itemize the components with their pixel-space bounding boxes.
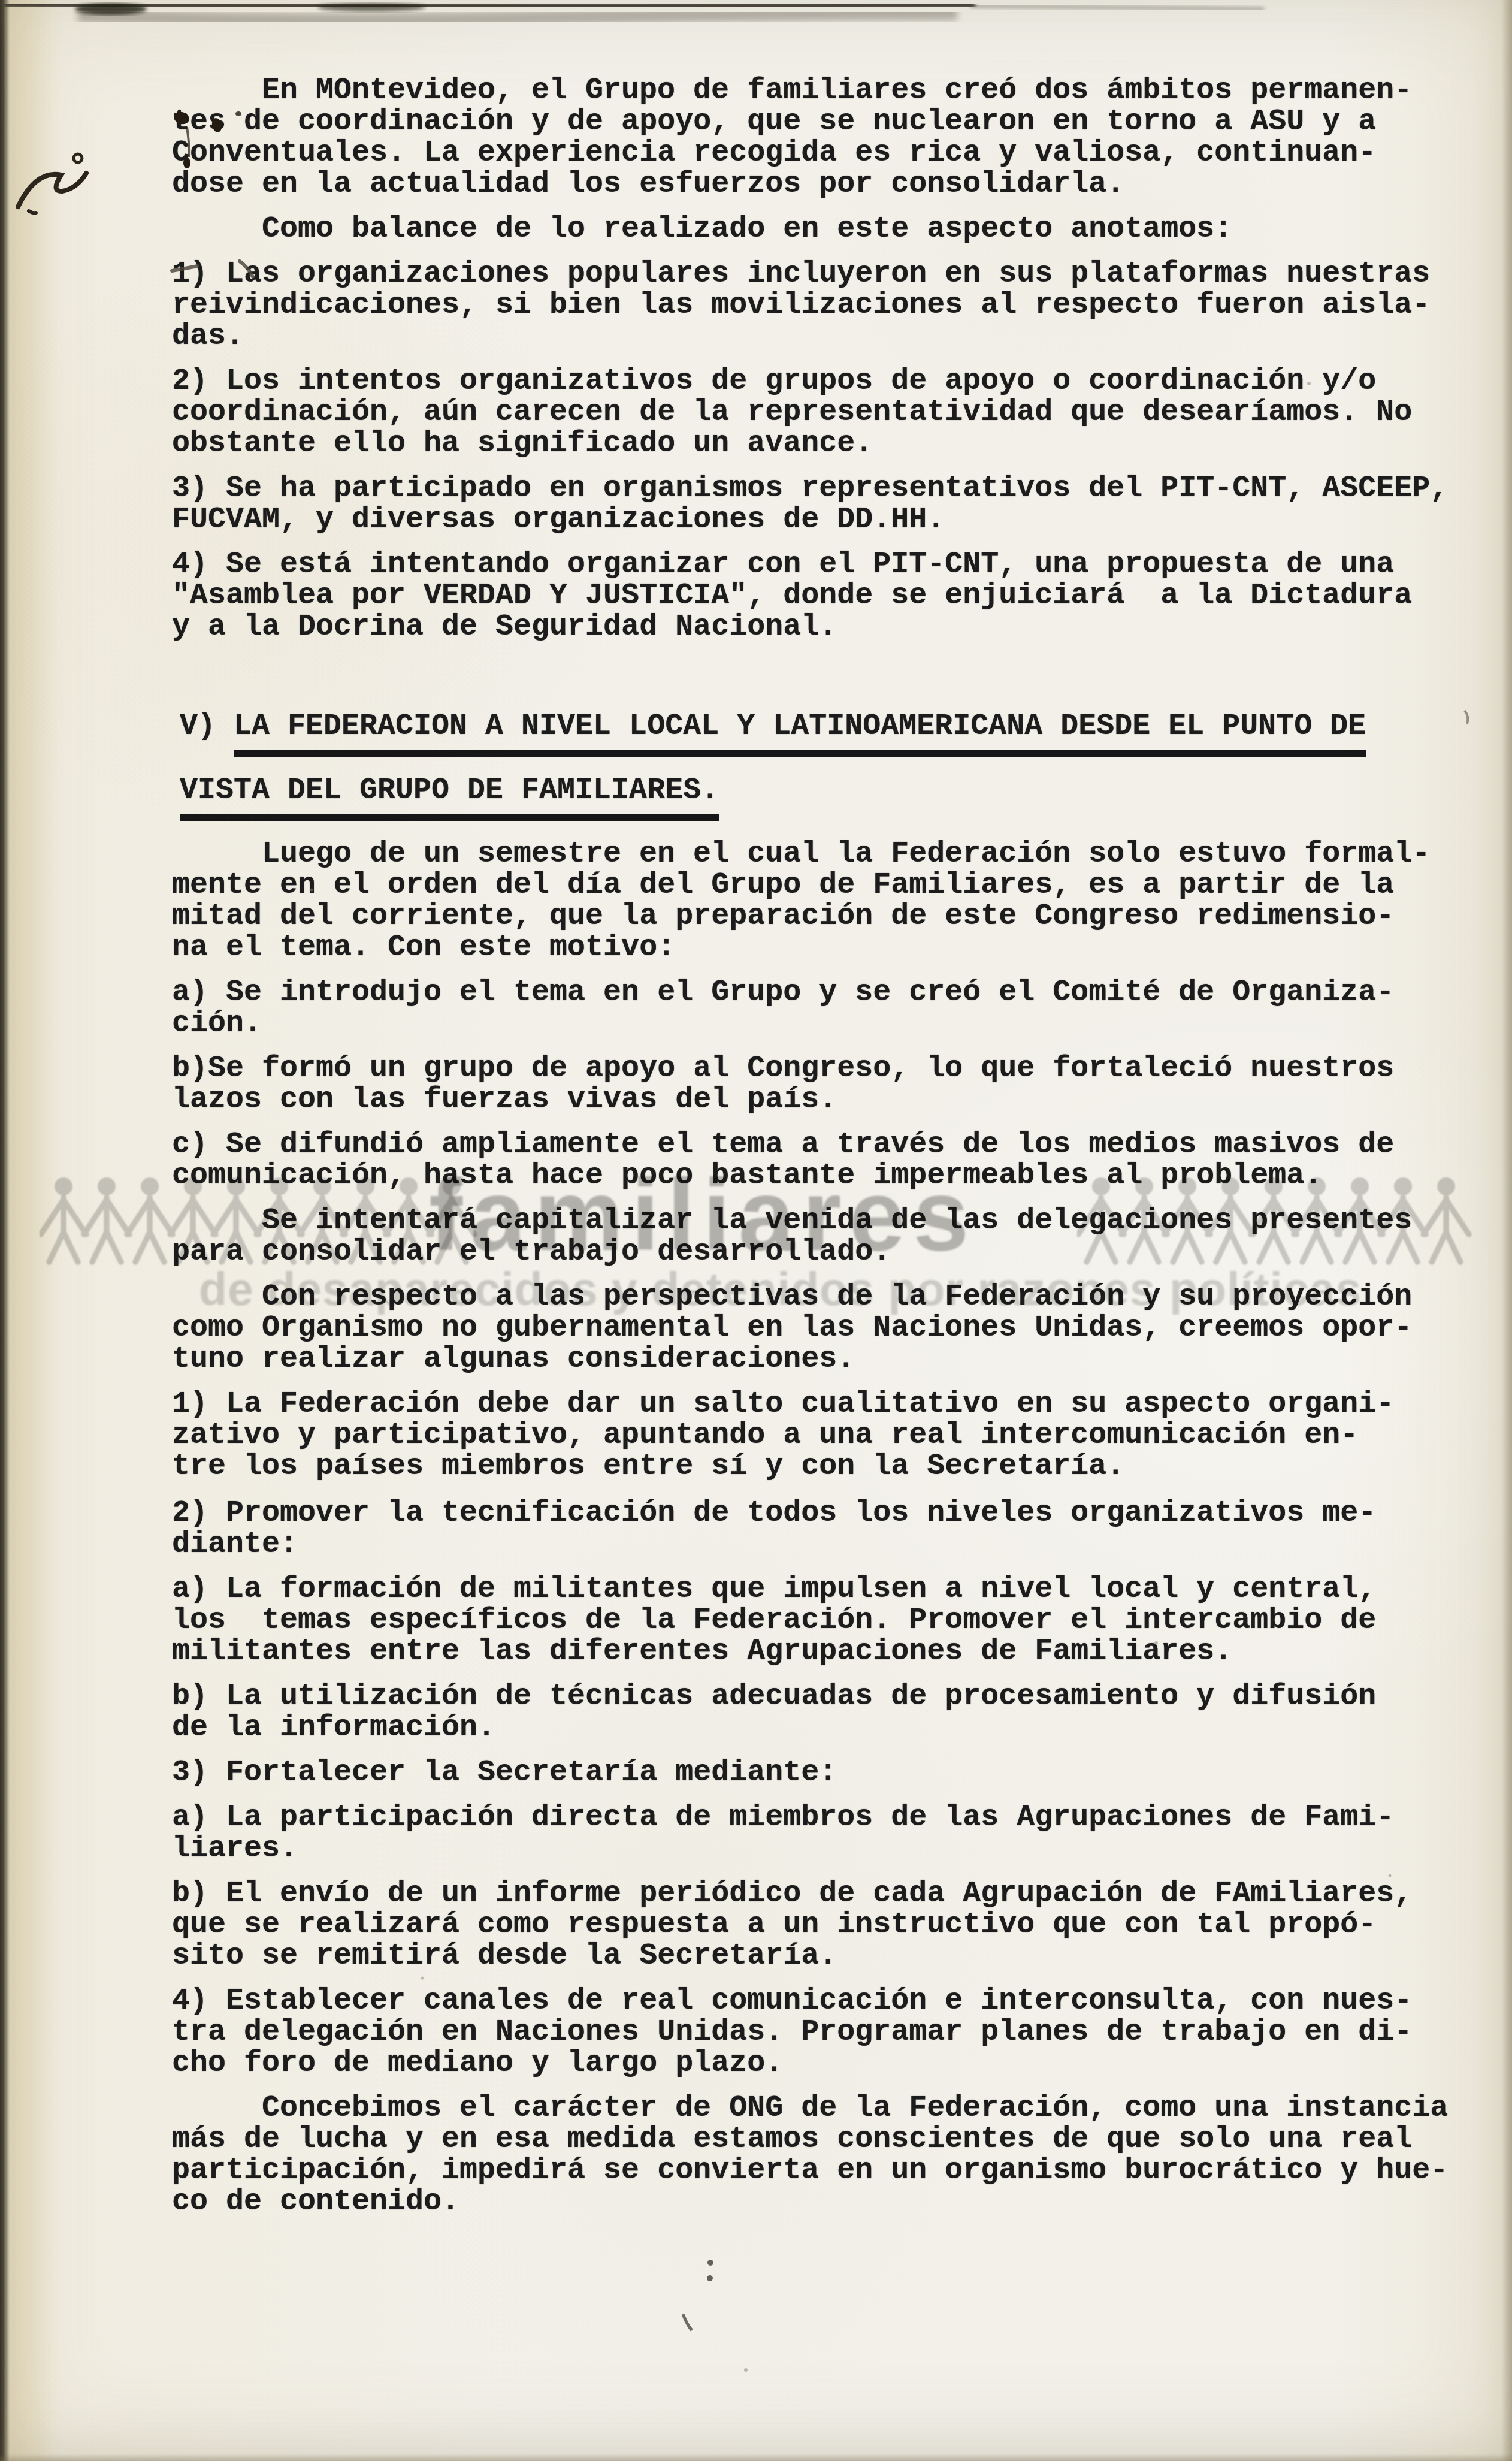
person-figure-icon	[84, 1177, 129, 1262]
watermark-figure-chain-right	[1077, 1172, 1478, 1266]
text-line: Conventuales. La experiencia recogida es…	[172, 138, 1484, 169]
text-line: En MOntevideo, el Grupo de familiares cr…	[172, 76, 1484, 107]
paragraph: 3) Se ha participado en organismos repre…	[172, 473, 1484, 536]
page-edge-bottom	[0, 2454, 1512, 2461]
text-line: tre los países miembros entre sí y con l…	[172, 1451, 1484, 1482]
paragraph: a) La participación directa de miembros …	[172, 1802, 1484, 1865]
paragraph: 4) Establecer canales de real comunicaci…	[172, 1986, 1484, 2079]
text-line: los temas específicos de la Federación. …	[172, 1605, 1484, 1636]
text-line: que se realizará como respuesta a un ins…	[172, 1910, 1484, 1941]
text-line: 3) Fortalecer la Secretaría mediante:	[172, 1758, 1484, 1789]
section-heading: V) LA FEDERACION A NIVEL LOCAL Y LATINOA…	[180, 711, 1484, 821]
text-line: coordinación, aún carecen de la represen…	[172, 397, 1484, 428]
heading-line: VISTA DEL GRUPO DE FAMILIARES.	[180, 775, 1484, 821]
paragraph: Como balance de lo realizado en este asp…	[172, 214, 1484, 245]
text-line: obstante ello ha significado un avance.	[172, 428, 1484, 460]
text-line: 3) Se ha participado en organismos repre…	[172, 473, 1484, 505]
person-figure-icon	[1423, 1177, 1469, 1262]
text-line: más de lucha y en esa medida estamos con…	[172, 2124, 1484, 2155]
person-figure-icon	[1294, 1177, 1339, 1262]
text-line: tra delegación en Naciones Unidas. Progr…	[172, 2017, 1484, 2048]
text-line: das.	[172, 321, 1484, 352]
text-line: 2) Los intentos organizativos de grupos …	[172, 366, 1484, 397]
paragraph: b)Se formó un grupo de apoyo al Congreso…	[172, 1053, 1484, 1116]
text-line: 1) La Federación debe dar un salto cuali…	[172, 1389, 1484, 1420]
text-line: 2) Promover la tecnificación de todos lo…	[172, 1498, 1484, 1529]
page-edge-left	[0, 0, 10, 2461]
paragraph: 2) Los intentos organizativos de grupos …	[172, 366, 1484, 460]
person-figure-icon	[386, 1177, 431, 1262]
paragraph: 1) Las organizaciones populares incluyer…	[172, 259, 1484, 352]
text-line: tuno realizar algunas consideraciones.	[172, 1344, 1484, 1375]
text-line: a) La participación directa de miembros …	[172, 1802, 1484, 1834]
document-text: En MOntevideo, el Grupo de familiares cr…	[172, 76, 1484, 2231]
paragraph: 3) Fortalecer la Secretaría mediante:	[172, 1758, 1484, 1789]
watermark-subtitle: de desaparecidos y detenidos por razones…	[199, 1267, 1362, 1313]
heading-text-line1: LA FEDERACION A NIVEL LOCAL Y LATINOAMER…	[234, 711, 1366, 757]
text-line: mitad del corriente, que la preparación …	[172, 901, 1484, 932]
text-line: mente en el orden del día del Grupo de F…	[172, 870, 1484, 901]
text-line: b) La utilización de técnicas adecuadas …	[172, 1681, 1484, 1713]
text-line: 1) Las organizaciones populares incluyer…	[172, 259, 1484, 290]
text-line: 4) Se está intentando organizar con el P…	[172, 549, 1484, 581]
text-line: militantes entre las diferentes Agrupaci…	[172, 1636, 1484, 1668]
paragraph: 4) Se está intentando organizar con el P…	[172, 549, 1484, 643]
text-line: participación, impedirá se convierta en …	[172, 2155, 1484, 2187]
watermark-figure-chain-left	[40, 1172, 483, 1266]
text-line: sito se remitirá desde la Secretaría.	[172, 1941, 1484, 1972]
paragraph: 2) Promover la tecnificación de todos lo…	[172, 1498, 1484, 1560]
text-line: a) Se introdujo el tema en el Grupo y se…	[172, 977, 1484, 1008]
text-line: b) El envío de un informe periódico de c…	[172, 1879, 1484, 1910]
text-line: como Organismo no gubernamental en las N…	[172, 1313, 1484, 1344]
stain-colon-mark	[707, 2260, 713, 2281]
text-line: FUCVAM, y diversas organizaciones de DD.…	[172, 505, 1484, 536]
page-edge-right	[1501, 0, 1512, 2461]
paragraph: Concebimos el carácter de ONG de la Fede…	[172, 2093, 1484, 2218]
text-line: liares.	[172, 1834, 1484, 1865]
text-line: y a la Docrina de Seguridad Nacional.	[172, 612, 1484, 643]
paragraph: a) Se introdujo el tema en el Grupo y se…	[172, 977, 1484, 1040]
text-line: Concebimos el carácter de ONG de la Fede…	[172, 2093, 1484, 2124]
paragraph: 1) La Federación debe dar un salto cuali…	[172, 1389, 1484, 1482]
watermark-wordmark: familiares	[429, 1165, 976, 1266]
person-figure-icon	[1380, 1177, 1426, 1262]
text-line: reivindicaciones, si bien las movilizaci…	[172, 290, 1484, 321]
person-figure-icon	[1078, 1177, 1124, 1262]
text-line: dose en la actualidad los esfuerzos por …	[172, 169, 1484, 200]
paragraph: Luego de un semestre en el cual la Feder…	[172, 839, 1484, 964]
scanned-document-page: En MOntevideo, el Grupo de familiares cr…	[0, 0, 1512, 2461]
person-figure-icon	[127, 1177, 173, 1262]
text-line: 4) Establecer canales de real comunicaci…	[172, 1986, 1484, 2017]
text-line: na el tema. Con este motivo:	[172, 932, 1484, 964]
ink-smudge-top	[1, 3, 1264, 20]
paragraph: En MOntevideo, el Grupo de familiares cr…	[172, 76, 1484, 200]
text-line: zativo y participativo, apuntando a una …	[172, 1420, 1484, 1451]
person-figure-icon	[1251, 1177, 1296, 1262]
person-figure-icon	[41, 1177, 86, 1262]
text-line: co de contenido.	[172, 2187, 1484, 2218]
text-line: diante:	[172, 1529, 1484, 1560]
text-line: a) La formación de militantes que impuls…	[172, 1574, 1484, 1605]
text-line: ción.	[172, 1008, 1484, 1040]
person-figure-icon	[213, 1177, 259, 1262]
paragraph: b) La utilización de técnicas adecuadas …	[172, 1681, 1484, 1744]
text-line: tes de coordinación y de apoyo, que se n…	[172, 107, 1484, 138]
person-figure-icon	[1121, 1177, 1167, 1262]
person-figure-icon	[1337, 1177, 1383, 1262]
person-figure-icon	[343, 1177, 388, 1262]
paragraph: a) La formación de militantes que impuls…	[172, 1574, 1484, 1668]
text-line: Luego de un semestre en el cual la Feder…	[172, 839, 1484, 870]
person-figure-icon	[170, 1177, 216, 1262]
person-figure-icon	[1165, 1177, 1210, 1262]
text-line: c) Se difundió ampliamente el tema a tra…	[172, 1130, 1484, 1161]
person-figure-icon	[300, 1177, 345, 1262]
text-line: lazos con las fuerzas vivas del país.	[172, 1085, 1484, 1116]
text-line: de la información.	[172, 1713, 1484, 1744]
heading-line: V) LA FEDERACION A NIVEL LOCAL Y LATINOA…	[180, 711, 1484, 757]
paragraph: b) El envío de un informe periódico de c…	[172, 1879, 1484, 1972]
text-line: cho foro de mediano y largo plazo.	[172, 2048, 1484, 2079]
text-line: b)Se formó un grupo de apoyo al Congreso…	[172, 1053, 1484, 1085]
text-line: "Asamblea por VERDAD Y JUSTICIA", donde …	[172, 581, 1484, 612]
heading-text-line2: VISTA DEL GRUPO DE FAMILIARES.	[180, 775, 719, 821]
stain-tick-mark	[683, 2314, 692, 2330]
person-figure-icon	[256, 1177, 302, 1262]
person-figure-icon	[1208, 1177, 1253, 1262]
heading-prefix: V)	[180, 709, 234, 744]
text-line: Como balance de lo realizado en este asp…	[172, 214, 1484, 245]
